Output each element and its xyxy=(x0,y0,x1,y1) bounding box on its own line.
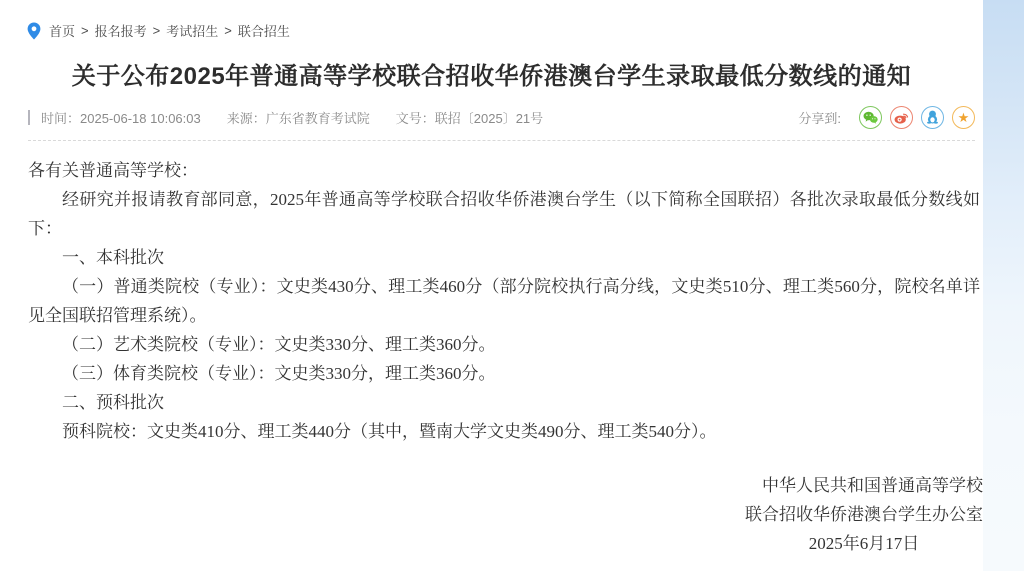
right-sky-background xyxy=(983,0,1024,571)
time-label: 时间： xyxy=(41,111,80,126)
source-value: 广东省教育考试院 xyxy=(266,111,370,126)
intro-paragraph: 经研究并报请教育部同意，2025年普通高等学校联合招收华侨港澳台学生（以下简称全… xyxy=(28,185,980,243)
notice-page: 首页 > 报名报考 > 考试招生 > 联合招生 关于公布2025年普通高等学校联… xyxy=(0,0,1024,571)
qq-icon[interactable] xyxy=(921,106,944,129)
preparatory-paragraph: 预科院校：文史类410分、理工类440分（其中，暨南大学文史类490分、理工类5… xyxy=(28,417,980,446)
item-2-art: （二）艺术类院校（专业）：文史类330分、理工类360分。 xyxy=(28,330,980,359)
article-meta-row: 时间：2025-06-18 10:06:03 来源：广东省教育考试院 文号：联招… xyxy=(28,104,975,130)
weibo-icon[interactable] xyxy=(890,106,913,129)
signature-date: 2025年6月17日 xyxy=(745,529,983,558)
section-1-heading: 一、本科批次 xyxy=(28,243,980,272)
dashed-divider xyxy=(28,140,975,141)
item-3-sports: （三）体育类院校（专业）：文史类330分，理工类360分。 xyxy=(28,359,980,388)
breadcrumb-item-joint-admission[interactable]: 联合招生 xyxy=(238,21,290,40)
breadcrumb: 首页 > 报名报考 > 考试招生 > 联合招生 xyxy=(27,21,290,40)
signature-block: 中华人民共和国普通高等学校 联合招收华侨港澳台学生办公室 2025年6月17日 xyxy=(745,471,983,558)
signature-org-line1: 中华人民共和国普通高等学校 xyxy=(745,471,983,500)
article-body: 各有关普通高等学校： 经研究并报请教育部同意，2025年普通高等学校联合招收华侨… xyxy=(28,156,980,446)
share-label: 分享到: xyxy=(798,108,841,127)
wechat-icon[interactable] xyxy=(859,106,882,129)
breadcrumb-item-registration[interactable]: 报名报考 xyxy=(95,21,147,40)
doc-number-label: 文号： xyxy=(396,111,435,126)
source-label: 来源： xyxy=(227,111,266,126)
breadcrumb-item-home[interactable]: 首页 xyxy=(49,21,75,40)
salutation: 各有关普通高等学校： xyxy=(28,156,980,185)
breadcrumb-item-exam-admission[interactable]: 考试招生 xyxy=(166,21,218,40)
star-icon[interactable]: ★ xyxy=(952,106,975,129)
location-pin-icon xyxy=(27,22,41,40)
doc-number-value: 联招〔2025〕21号 xyxy=(435,111,543,126)
page-title: 关于公布2025年普通高等学校联合招收华侨港澳台学生录取最低分数线的通知 xyxy=(0,56,983,91)
source: 来源：广东省教育考试院 xyxy=(227,108,370,127)
section-2-heading: 二、预科批次 xyxy=(28,388,980,417)
doc-number: 文号：联招〔2025〕21号 xyxy=(396,108,543,127)
time-value: 2025-06-18 10:06:03 xyxy=(80,111,201,126)
item-1-general: （一）普通类院校（专业）：文史类430分、理工类460分（部分院校执行高分线，文… xyxy=(28,272,980,330)
breadcrumb-separator: > xyxy=(224,23,232,38)
share-bar: 分享到: xyxy=(798,106,975,129)
publish-time: 时间：2025-06-18 10:06:03 xyxy=(41,108,201,127)
signature-org-line2: 联合招收华侨港澳台学生办公室 xyxy=(745,500,983,529)
breadcrumb-separator: > xyxy=(81,23,89,38)
breadcrumb-separator: > xyxy=(153,23,161,38)
meta-divider-tick xyxy=(28,110,30,125)
